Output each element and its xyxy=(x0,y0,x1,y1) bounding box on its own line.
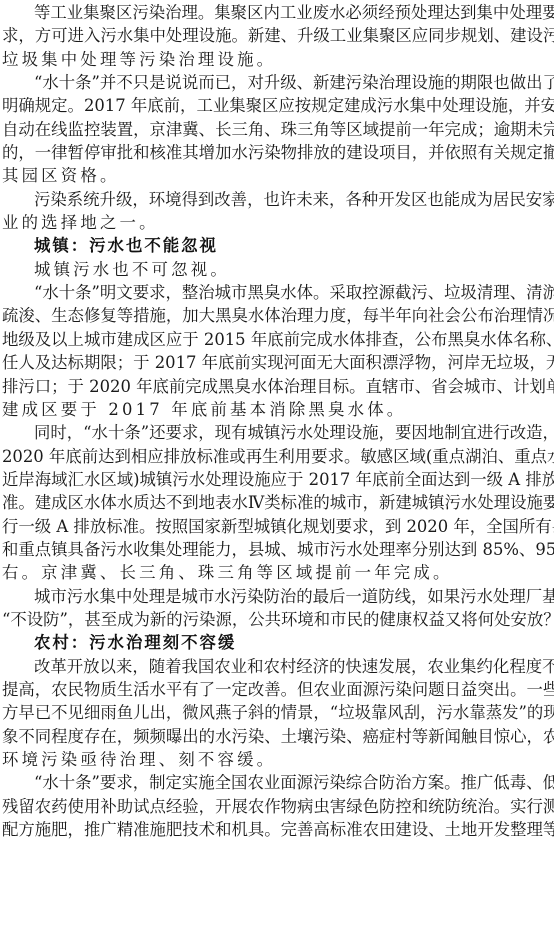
paragraph-line: 右。京津冀、长三角、珠三角等区域提前一年完成。 xyxy=(2,561,554,584)
paragraph-line: “水十条”并不只是说说而已，对升级、新建污染治理设施的期限也做出了 xyxy=(2,71,554,94)
paragraph-line: 的，一律暂停审批和核准其增加水污染物排放的建设项目，并依照有关规定撤销 xyxy=(2,141,554,164)
paragraph-line: “水十条”要求，制定实施全国农业面源污染综合防治方案。推广低毒、低 xyxy=(2,771,554,794)
paragraph-line: “不设防”，甚至成为新的污染源，公共环境和市民的健康权益又将何处安放？ xyxy=(2,608,554,631)
document-page: 等工业集聚区污染治理。集聚区内工业废水必须经预处理达到集中处理要 求，方可进入污… xyxy=(0,0,554,841)
section-heading-towns: 城镇：污水也不能忽视 xyxy=(2,234,554,257)
paragraph-line: 同时，“水十条”还要求，现有城镇污水处理设施，要因地制宜进行改造， xyxy=(2,421,554,444)
paragraph-line: 象不同程度存在，频频曝出的水污染、土壤污染、癌症村等新闻触目惊心，农村 xyxy=(2,725,554,748)
paragraph-line: 准。建成区水体水质达不到地表水Ⅳ类标准的城市，新建城镇污水处理设施要执 xyxy=(2,491,554,514)
paragraph-line: 自动在线监控装置，京津冀、长三角、珠三角等区域提前一年完成；逾期未完成 xyxy=(2,118,554,141)
paragraph-line: 城市污水集中处理是城市水污染防治的最后一道防线，如果污水处理厂基本 xyxy=(2,585,554,608)
paragraph-line: 建成区要于 2017 年底前基本消除黑臭水体。 xyxy=(2,398,554,421)
paragraph-line: 改革开放以来，随着我国农业和农村经济的快速发展，农业集约化程度不断 xyxy=(2,655,554,678)
paragraph-line: 2020 年底前达到相应排放标准或再生利用要求。敏感区域(重点湖泊、重点水库、 xyxy=(2,445,554,468)
section-heading-rural: 农村：污水治理刻不容缓 xyxy=(2,631,554,654)
paragraph-line: 排污口；于 2020 年底前完成黑臭水体治理目标。直辖市、省会城市、计划单列市 xyxy=(2,375,554,398)
paragraph-line: 其园区资格。 xyxy=(2,164,554,187)
paragraph-line: 行一级 A 排放标准。按照国家新型城镇化规划要求，到 2020 年，全国所有县城 xyxy=(2,515,554,538)
paragraph-line: 城镇污水也不可忽视。 xyxy=(2,258,554,281)
paragraph-line: 疏浚、生态修复等措施，加大黑臭水体治理力度，每半年向社会公布治理情况。 xyxy=(2,304,554,327)
paragraph-line: 业的选择地之一。 xyxy=(2,211,554,234)
paragraph-line: 任人及达标期限；于 2017 年底前实现河面无大面积漂浮物，河岸无垃圾，无违法 xyxy=(2,351,554,374)
paragraph-line: 和重点镇具备污水收集处理能力，县城、城市污水处理率分别达到 85%、95%左 xyxy=(2,538,554,561)
paragraph-line: 明确规定。2017 年底前，工业集聚区应按规定建成污水集中处理设施，并安装 xyxy=(2,94,554,117)
paragraph-line: “水十条”明文要求，整治城市黑臭水体。采取控源截污、垃圾清理、清淤 xyxy=(2,281,554,304)
paragraph-line: 方早已不见细雨鱼儿出，微风燕子斜的情景，“垃圾靠风刮，污水靠蒸发”的现 xyxy=(2,701,554,724)
paragraph-line: 污染系统升级，环境得到改善，也许未来，各种开发区也能成为居民安家置 xyxy=(2,188,554,211)
paragraph-line: 配方施肥，推广精准施肥技术和机具。完善高标准农田建设、土地开发整理等标 xyxy=(2,818,554,841)
paragraph-line: 等工业集聚区污染治理。集聚区内工业废水必须经预处理达到集中处理要 xyxy=(2,1,554,24)
paragraph-line: 求，方可进入污水集中处理设施。新建、升级工业集聚区应同步规划、建设污水、 xyxy=(2,24,554,47)
paragraph-line: 残留农药使用补助试点经验，开展农作物病虫害绿色防控和统防统治。实行测土 xyxy=(2,795,554,818)
paragraph-line: 近岸海域汇水区域)城镇污水处理设施应于 2017 年底前全面达到一级 A 排放标 xyxy=(2,468,554,491)
paragraph-line: 垃圾集中处理等污染治理设施。 xyxy=(2,48,554,71)
paragraph-line: 地级及以上城市建成区应于 2015 年底前完成水体排查，公布黑臭水体名称、责 xyxy=(2,328,554,351)
paragraph-line: 提高，农民物质生活水平有了一定改善。但农业面源污染问题日益突出。一些地 xyxy=(2,678,554,701)
paragraph-line: 环境污染亟待治理、刻不容缓。 xyxy=(2,748,554,771)
